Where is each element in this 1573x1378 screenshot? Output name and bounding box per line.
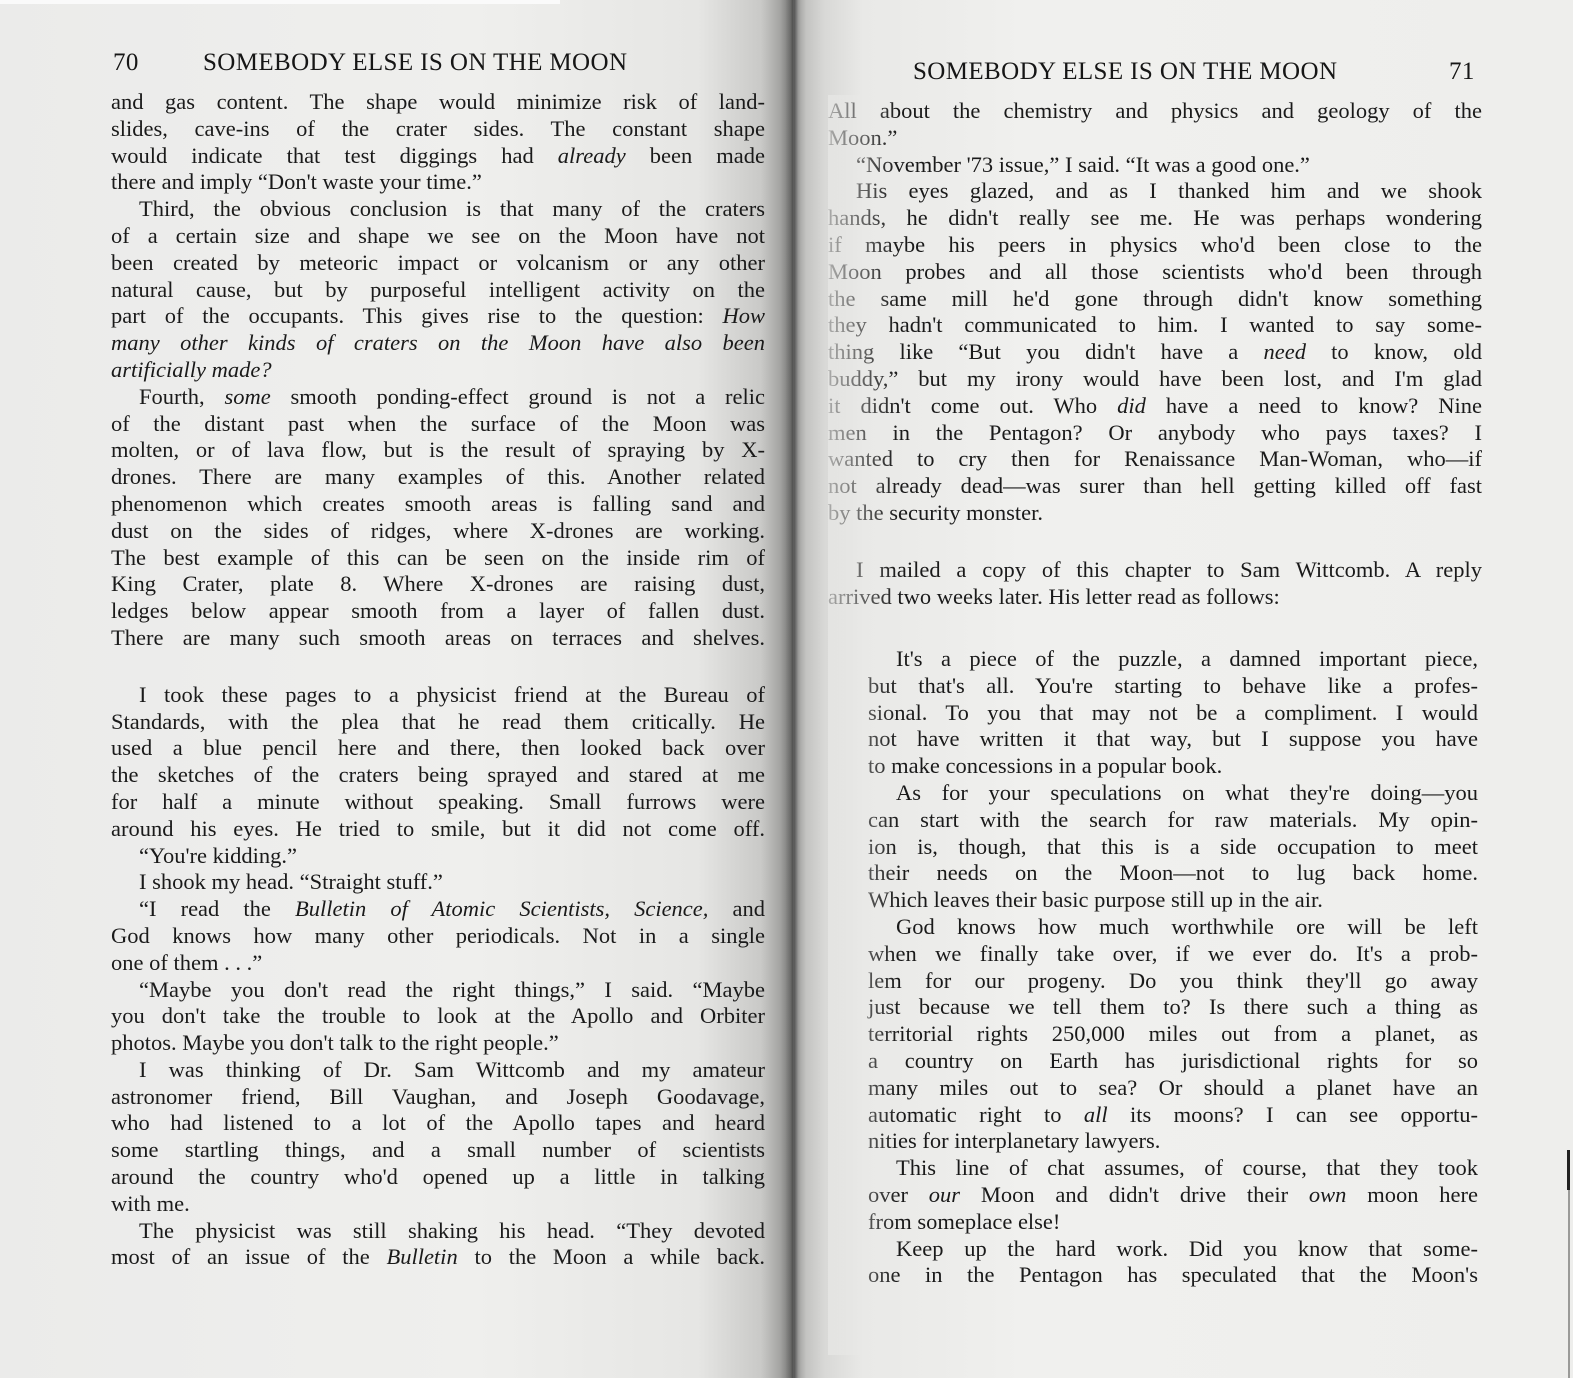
letter-line: but that's all. You're starting to behav…: [868, 673, 1478, 700]
text-line: with me.: [111, 1191, 765, 1218]
text-line: Moon probes and all those scientists who…: [828, 259, 1482, 286]
letter-line: just because we tell them to? Is there s…: [868, 994, 1478, 1021]
text-line: there and imply “Don't waste your time.”: [111, 169, 765, 196]
text-line: of a certain size and shape we see on th…: [111, 223, 765, 250]
paragraph-start: I mailed a copy of this chapter to Sam W…: [828, 557, 1482, 584]
text-line: The best example of this can be seen on …: [111, 545, 765, 572]
italic-question: many other kinds of craters on the Moon …: [111, 330, 765, 355]
paragraph-start: I was thinking of Dr. Sam Wittcomb and m…: [111, 1057, 765, 1084]
text-line: and gas content. The shape would minimiz…: [111, 89, 765, 116]
text-line: molten, or of lava flow, but is the resu…: [111, 437, 765, 464]
paragraph-start: The physicist was still shaking his head…: [111, 1218, 765, 1245]
text-line: some startling things, and a small numbe…: [111, 1137, 765, 1164]
italic-title: Bulletin of Atomic Scientists, Science,: [295, 896, 708, 921]
italic-emphasis: did: [1117, 393, 1146, 418]
text-line: it didn't come out. Who did have a need …: [828, 393, 1482, 420]
text-line: men in the Pentagon? Or anybody who pays…: [828, 420, 1482, 447]
text-line: God knows how many other periodicals. No…: [111, 923, 765, 950]
italic-emphasis: How: [722, 303, 765, 328]
letter-line: sional. To you that may not be a complim…: [868, 700, 1478, 727]
letter-paragraph-start: As for your speculations on what they're…: [868, 780, 1478, 807]
text-line: hands, he didn't really see me. He was p…: [828, 205, 1482, 232]
text-line: would indicate that test diggings had al…: [111, 143, 765, 170]
text-line: who had listened to a lot of the Apollo …: [111, 1110, 765, 1137]
text-line: if maybe his peers in physics who'd been…: [828, 232, 1482, 259]
text-line: buddy,” but my irony would have been los…: [828, 366, 1482, 393]
text-line: the sketches of the craters being spraye…: [111, 762, 765, 789]
left-page-number: 70: [113, 49, 139, 77]
text-line: drones. There are many examples of this.…: [111, 464, 765, 491]
section-break: [111, 652, 765, 682]
text-line: around the country who'd opened up a lit…: [111, 1164, 765, 1191]
letter-line: nities for interplanetary lawyers.: [868, 1128, 1478, 1155]
text-line: wanted to cry then for Renaissance Man-W…: [828, 446, 1482, 473]
text-line: dust on the sides of ridges, where X-dro…: [111, 518, 765, 545]
right-page-body: All about the chemistry and physics and …: [828, 98, 1482, 610]
letter-paragraph-start: Keep up the hard work. Did you know that…: [868, 1236, 1478, 1263]
italic-emphasis: some: [224, 384, 270, 409]
section-break: [828, 527, 1482, 557]
text-line: ledges below appear smooth from a layer …: [111, 598, 765, 625]
text-line: one of them . . .”: [111, 950, 765, 977]
letter-line: Which leaves their basic purpose still u…: [868, 887, 1478, 914]
book-gutter: [780, 0, 806, 1378]
page-top-edge: [0, 0, 560, 4]
text-line: many other kinds of craters on the Moon …: [111, 330, 765, 357]
text-line: Standards, with the plea that he read th…: [111, 709, 765, 736]
italic-title: Bulletin: [386, 1244, 457, 1269]
text-line: There are many such smooth areas on terr…: [111, 625, 765, 652]
italic-question: artificially made?: [111, 357, 272, 382]
text-line: around his eyes. He tried to smile, but …: [111, 816, 765, 843]
dialogue-line: “Maybe you don't read the right things,”…: [111, 977, 765, 1004]
text-line: slides, cave-ins of the crater sides. Th…: [111, 116, 765, 143]
right-running-head: SOMEBODY ELSE IS ON THE MOON: [913, 58, 1337, 86]
dialogue-line: “You're kidding.”: [111, 843, 765, 870]
paragraph-start: Third, the obvious conclusion is that ma…: [111, 196, 765, 223]
letter-paragraph-start: It's a piece of the puzzle, a damned imp…: [868, 646, 1478, 673]
text-line: been created by meteoric impact or volca…: [111, 250, 765, 277]
text-line: not already dead—was surer than hell get…: [828, 473, 1482, 500]
text-line: photos. Maybe you don't talk to the righ…: [111, 1030, 765, 1057]
right-page-edge-mark: [1567, 1150, 1570, 1190]
italic-emphasis: our: [929, 1182, 960, 1207]
letter-paragraph-start: God knows how much worthwhile ore will b…: [868, 914, 1478, 941]
letter-line: many miles out to sea? Or should a plane…: [868, 1075, 1478, 1102]
right-page-number: 71: [1449, 58, 1475, 86]
text-line: All about the chemistry and physics and …: [828, 98, 1482, 125]
text-line: they hadn't communicated to him. I wante…: [828, 312, 1482, 339]
text-line: phenomenon which creates smooth areas is…: [111, 491, 765, 518]
text-line: most of an issue of the Bulletin to the …: [111, 1244, 765, 1271]
text-line: thing like “But you didn't have a need t…: [828, 339, 1482, 366]
letter-line: their needs on the Moon—not to lug back …: [868, 860, 1478, 887]
text-line: the same mill he'd gone through didn't k…: [828, 286, 1482, 313]
quoted-letter: It's a piece of the puzzle, a damned imp…: [868, 646, 1478, 1289]
dialogue-line: “November '73 issue,” I said. “It was a …: [828, 152, 1482, 179]
italic-emphasis: need: [1263, 339, 1305, 364]
italic-emphasis: all: [1084, 1102, 1108, 1127]
dialogue-line: “I read the Bulletin of Atomic Scientist…: [111, 896, 765, 923]
letter-line: automatic right to all its moons? I can …: [868, 1102, 1478, 1129]
book-spread: 70 SOMEBODY ELSE IS ON THE MOON SOMEBODY…: [0, 0, 1573, 1378]
text-line: King Crater, plate 8. Where X-drones are…: [111, 571, 765, 598]
letter-line: can start with the search for raw materi…: [868, 807, 1478, 834]
dialogue-line: I shook my head. “Straight stuff.”: [111, 869, 765, 896]
text-line: of the distant past when the surface of …: [111, 411, 765, 438]
text-line: Moon.”: [828, 125, 1482, 152]
left-page-body: and gas content. The shape would minimiz…: [111, 89, 765, 1271]
letter-line: one in the Pentagon has speculated that …: [868, 1262, 1478, 1289]
text-line: astronomer friend, Bill Vaughan, and Jos…: [111, 1084, 765, 1111]
italic-emphasis: already: [558, 143, 626, 168]
text-line: you don't take the trouble to look at th…: [111, 1003, 765, 1030]
paragraph-start: I took these pages to a physicist friend…: [111, 682, 765, 709]
letter-line: when we finally take over, if we ever do…: [868, 941, 1478, 968]
letter-line: to make concessions in a popular book.: [868, 753, 1478, 780]
letter-line: ion is, though, that this is a side occu…: [868, 834, 1478, 861]
left-running-head: SOMEBODY ELSE IS ON THE MOON: [203, 49, 627, 77]
text-line: artificially made?: [111, 357, 765, 384]
letter-line: lem for our progeny. Do you think they'l…: [868, 968, 1478, 995]
paragraph-start: His eyes glazed, and as I thanked him an…: [828, 178, 1482, 205]
text-line: used a blue pencil here and there, then …: [111, 735, 765, 762]
italic-emphasis: own: [1309, 1182, 1347, 1207]
letter-line: over our Moon and didn't drive their own…: [868, 1182, 1478, 1209]
letter-line: a country on Earth has jurisdictional ri…: [868, 1048, 1478, 1075]
letter-line: territorial rights 250,000 miles out fro…: [868, 1021, 1478, 1048]
text-line: part of the occupants. This gives rise t…: [111, 303, 765, 330]
text-line: arrived two weeks later. His letter read…: [828, 584, 1482, 611]
right-page-edge: [1568, 1160, 1570, 1378]
letter-line: from someplace else!: [868, 1209, 1478, 1236]
letter-line: not have written it that way, but I supp…: [868, 726, 1478, 753]
letter-paragraph-start: This line of chat assumes, of course, th…: [868, 1155, 1478, 1182]
text-line: by the security monster.: [828, 500, 1482, 527]
paragraph-start: Fourth, some smooth ponding-effect groun…: [111, 384, 765, 411]
text-line: for half a minute without speaking. Smal…: [111, 789, 765, 816]
text-line: natural cause, but by purposeful intelli…: [111, 277, 765, 304]
